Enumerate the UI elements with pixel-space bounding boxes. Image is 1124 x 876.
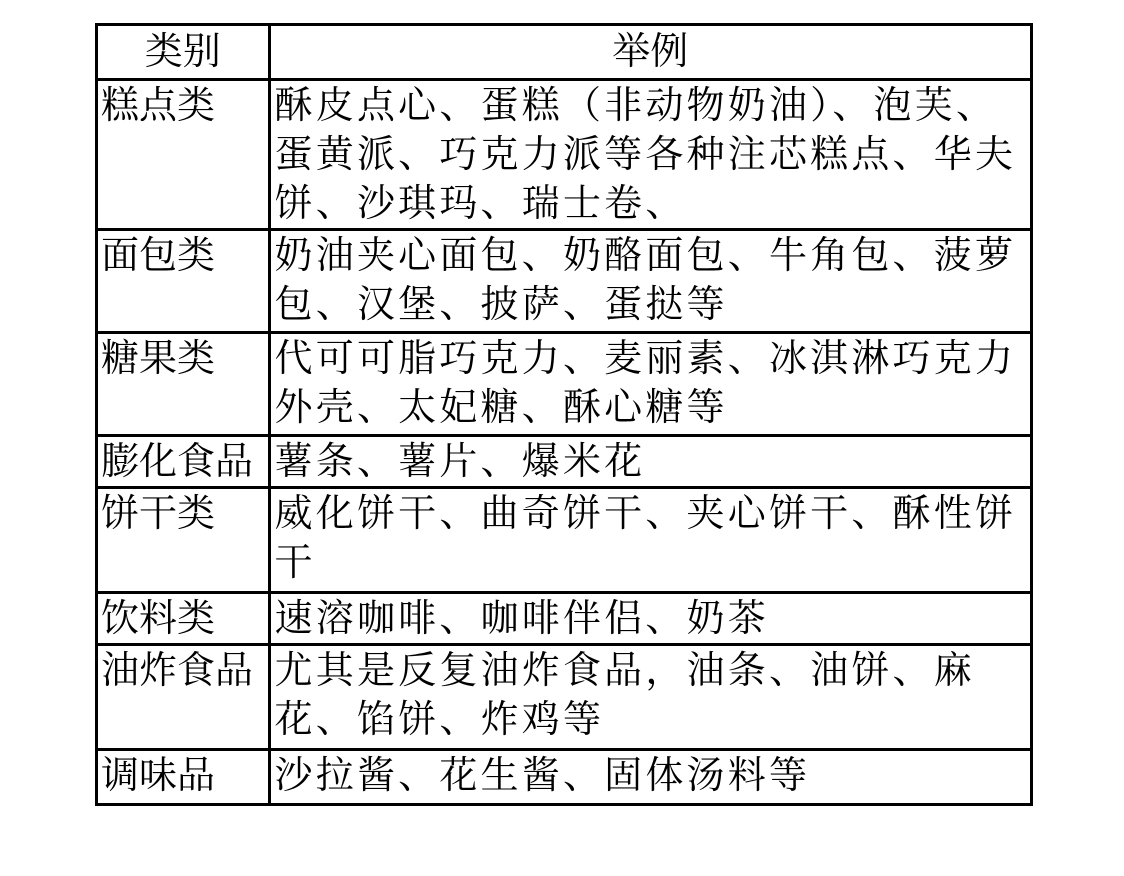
category-cell: 饼干类 bbox=[97, 488, 270, 593]
header-category: 类别 bbox=[97, 25, 270, 80]
examples-cell: 酥皮点心、蛋糕（非动物奶油）、泡芙、蛋黄派、巧克力派等各种注芯糕点、华夫饼、沙琪… bbox=[269, 80, 1031, 230]
examples-cell: 沙拉酱、花生酱、固体汤料等 bbox=[269, 750, 1031, 805]
table-row: 糕点类 酥皮点心、蛋糕（非动物奶油）、泡芙、蛋黄派、巧克力派等各种注芯糕点、华夫… bbox=[97, 80, 1032, 230]
category-cell: 饮料类 bbox=[97, 593, 270, 645]
table-row: 调味品 沙拉酱、花生酱、固体汤料等 bbox=[97, 750, 1032, 805]
category-cell: 油炸食品 bbox=[97, 645, 270, 750]
table-row: 膨化食品 薯条、薯片、爆米花 bbox=[97, 436, 1032, 488]
examples-cell: 尤其是反复油炸食品，油条、油饼、麻花、馅饼、炸鸡等 bbox=[269, 645, 1031, 750]
examples-cell: 威化饼干、曲奇饼干、夹心饼干、酥性饼干 bbox=[269, 488, 1031, 593]
category-cell: 调味品 bbox=[97, 750, 270, 805]
examples-cell: 代可可脂巧克力、麦丽素、冰淇淋巧克力外壳、太妃糖、酥心糖等 bbox=[269, 333, 1031, 436]
header-examples: 举例 bbox=[269, 25, 1031, 80]
examples-cell: 速溶咖啡、咖啡伴侣、奶茶 bbox=[269, 593, 1031, 645]
table-row: 面包类 奶油夹心面包、奶酪面包、牛角包、菠萝包、汉堡、披萨、蛋挞等 bbox=[97, 230, 1032, 333]
table-row: 糖果类 代可可脂巧克力、麦丽素、冰淇淋巧克力外壳、太妃糖、酥心糖等 bbox=[97, 333, 1032, 436]
category-cell: 糖果类 bbox=[97, 333, 270, 436]
category-cell: 面包类 bbox=[97, 230, 270, 333]
examples-cell: 奶油夹心面包、奶酪面包、牛角包、菠萝包、汉堡、披萨、蛋挞等 bbox=[269, 230, 1031, 333]
table-row: 饮料类 速溶咖啡、咖啡伴侣、奶茶 bbox=[97, 593, 1032, 645]
table-row: 油炸食品 尤其是反复油炸食品，油条、油饼、麻花、馅饼、炸鸡等 bbox=[97, 645, 1032, 750]
food-category-table: 类别 举例 糕点类 酥皮点心、蛋糕（非动物奶油）、泡芙、蛋黄派、巧克力派等各种注… bbox=[95, 23, 1033, 806]
category-cell: 膨化食品 bbox=[97, 436, 270, 488]
examples-cell: 薯条、薯片、爆米花 bbox=[269, 436, 1031, 488]
table-header-row: 类别 举例 bbox=[97, 25, 1032, 80]
table-row: 饼干类 威化饼干、曲奇饼干、夹心饼干、酥性饼干 bbox=[97, 488, 1032, 593]
category-cell: 糕点类 bbox=[97, 80, 270, 230]
